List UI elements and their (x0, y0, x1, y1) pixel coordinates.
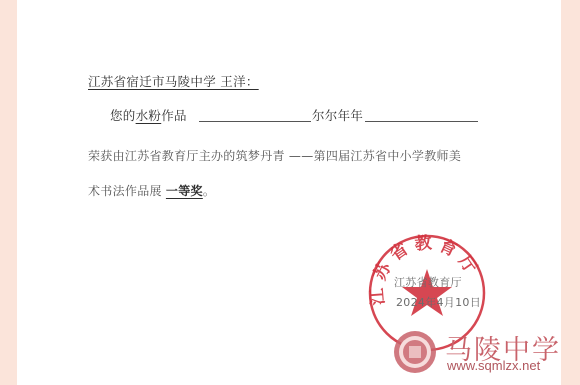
award-level: 一等奖 (166, 184, 203, 198)
watermark-url: www.sqmlzx.net (447, 358, 540, 373)
work-description: 您的水粉作品 (110, 106, 187, 124)
addressee: 江苏省宿迁市马陵中学 王洋： (88, 72, 259, 90)
body-line-2: 术书法作品展 一等奖。 (88, 182, 215, 199)
school-logo-icon (393, 330, 437, 374)
work-title: 尔尔年年 (312, 106, 363, 124)
issuer-name: 江苏省教育厅 (394, 274, 462, 290)
medium-text: 水粉 (136, 108, 162, 123)
left-page-border (0, 0, 17, 385)
body-line-2-prefix: 术书法作品展 (88, 184, 166, 198)
trailing-blank-line (365, 121, 478, 122)
right-page-border (561, 0, 580, 385)
body-line-1: 荣获由江苏省教育厅主办的筑梦丹青 ——第四届江苏省中小学教师美 (88, 147, 461, 164)
issue-date: 2024年4月10日 (396, 294, 481, 310)
title-blank-line (199, 121, 311, 122)
suffix-text: 作品 (161, 108, 187, 123)
body-line-2-suffix: 。 (203, 184, 215, 198)
prefix-text: 您的 (110, 108, 136, 123)
